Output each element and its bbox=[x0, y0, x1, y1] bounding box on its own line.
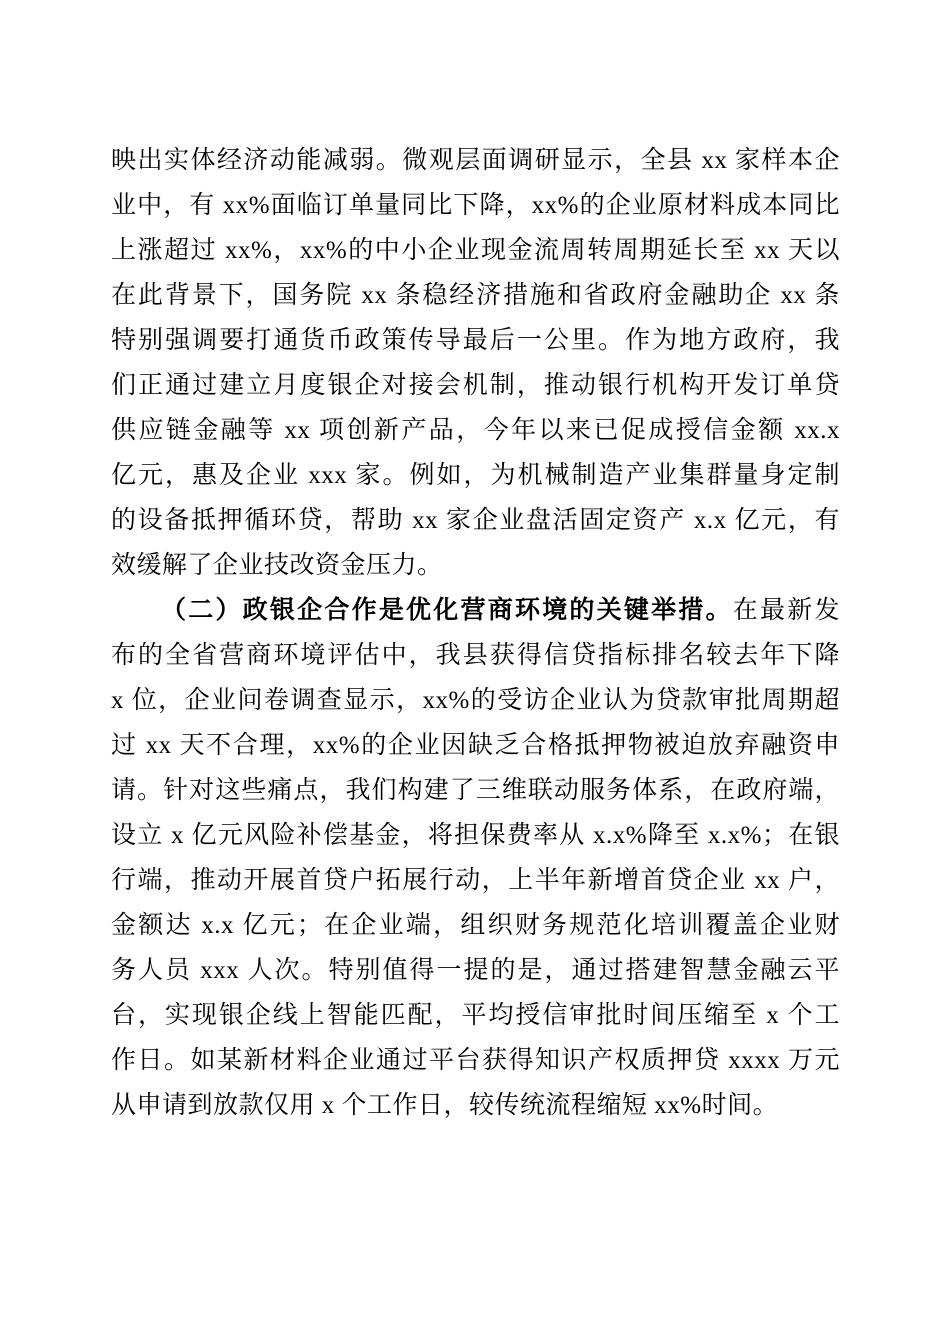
document-page: 映出实体经济动能减弱。微观层面调研显示，全县 xx 家样本企业中，有 xx%面临… bbox=[0, 0, 950, 1344]
text-line: 金额达 x.x 亿元；在企业端，组织财务规范化培训覆盖企业财 bbox=[111, 903, 840, 948]
text-line: 上涨超过 xx%，xx%的中小企业现金流周转周期延长至 xx 天以上。 bbox=[111, 228, 840, 273]
paragraph-section-two: （二）政银企合作是优化营商环境的关键举措。在最新发布的全省营商环境评估中，我县获… bbox=[111, 588, 840, 1128]
text-line: 们正通过建立月度银企对接会机制，推动银行机构开发订单贷 bbox=[111, 363, 840, 408]
text-line: 在此背景下，国务院 xx 条稳经济措施和省政府金融助企 xx 条 bbox=[111, 273, 840, 318]
text-line: 布的全省营商环境评估中，我县获得信贷指标排名较去年下降 bbox=[111, 633, 840, 678]
text-line: 亿元，惠及企业 xxx 家。例如，为机械制造产业集群量身定制 bbox=[111, 453, 840, 498]
section-heading: （二）政银企合作是优化营商环境的关键举措。 bbox=[161, 597, 733, 624]
text-line: 请。针对这些痛点，我们构建了三维联动服务体系，在政府端， bbox=[111, 768, 840, 813]
text-line: （二）政银企合作是优化营商环境的关键举措。在最新发 bbox=[111, 588, 840, 633]
text-line: 过 xx 天不合理，xx%的企业因缺乏合格抵押物被迫放弃融资申 bbox=[111, 723, 840, 768]
text-line: 供应链金融等 xx 项创新产品，今年以来已促成授信金额 xx.x bbox=[111, 408, 840, 453]
text-line: 效缓解了企业技改资金压力。 bbox=[111, 543, 840, 588]
text-line: 从申请到放款仅用 x 个工作日，较传统流程缩短 xx%时间。 bbox=[111, 1083, 840, 1128]
text-line: 作日。如某新材料企业通过平台获得知识产权质押贷 xxxx 万元 bbox=[111, 1038, 840, 1083]
text-line: 务人员 xxx 人次。特别值得一提的是，通过搭建智慧金融云平 bbox=[111, 948, 840, 993]
text-line: 设立 x 亿元风险补偿基金，将担保费率从 x.x%降至 x.x%；在银 bbox=[111, 813, 840, 858]
text-line: x 位，企业问卷调查显示，xx%的受访企业认为贷款审批周期超 bbox=[111, 678, 840, 723]
text-line: 台，实现银企线上智能匹配，平均授信审批时间压缩至 x 个工 bbox=[111, 993, 840, 1038]
text-line: 特别强调要打通货币政策传导最后一公里。作为地方政府，我 bbox=[111, 318, 840, 363]
document-content: 映出实体经济动能减弱。微观层面调研显示，全县 xx 家样本企业中，有 xx%面临… bbox=[111, 138, 840, 1128]
text-line: 业中，有 xx%面临订单量同比下降，xx%的企业原材料成本同比 bbox=[111, 183, 840, 228]
text-line: 的设备抵押循环贷，帮助 xx 家企业盘活固定资产 x.x 亿元，有 bbox=[111, 498, 840, 543]
text-line: 映出实体经济动能减弱。微观层面调研显示，全县 xx 家样本企 bbox=[111, 138, 840, 183]
paragraph-economic-situation: 映出实体经济动能减弱。微观层面调研显示，全县 xx 家样本企业中，有 xx%面临… bbox=[111, 138, 840, 588]
text-line: 行端，推动开展首贷户拓展行动，上半年新增首贷企业 xx 户， bbox=[111, 858, 840, 903]
